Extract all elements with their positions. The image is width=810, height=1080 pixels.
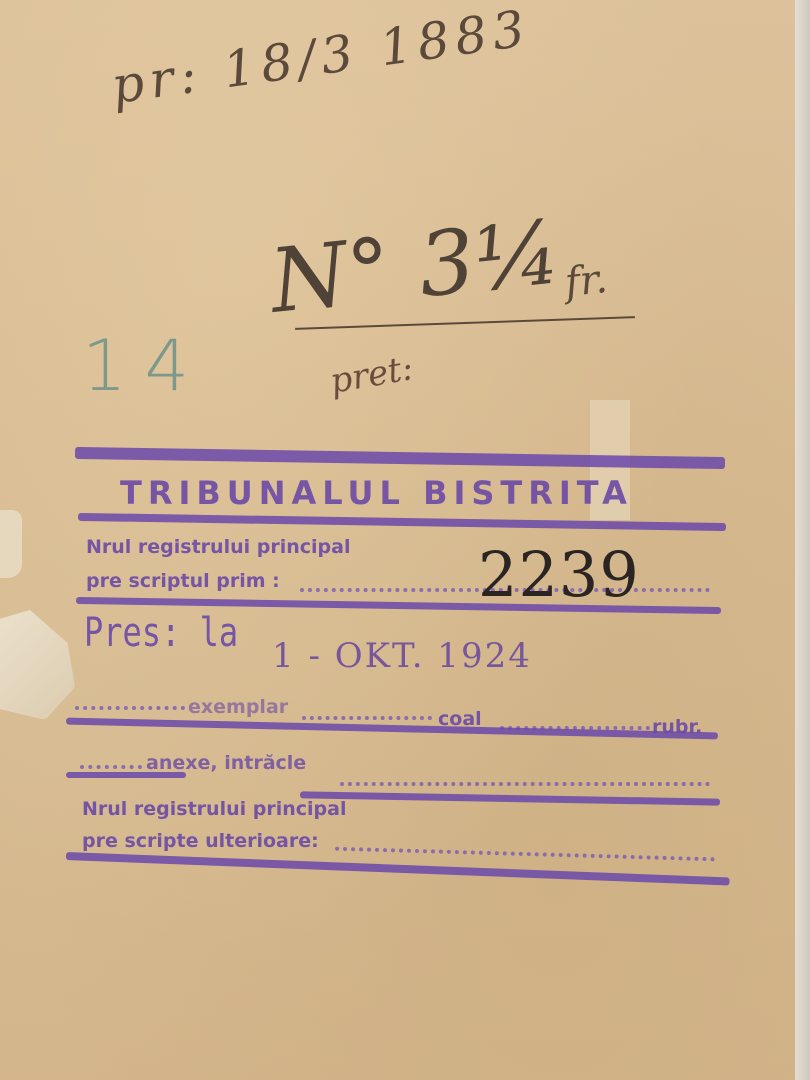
stamp-rule [78,513,726,531]
stamp-dotted-line [340,782,710,786]
stamp-court-name: TRIBUNALUL BISTRITA [120,474,633,512]
stamp-copies-label: exemplar [188,696,288,718]
stamp-rule [75,447,725,469]
register-number: 2239 [478,538,640,611]
court-stamp: TRIBUNALUL BISTRITA Nrul registrului pri… [0,0,810,1080]
stamp-dotted-line [75,706,185,710]
stamp-annexes-label: anexe, intrăcle [146,752,306,774]
stamp-rule [300,791,720,805]
stamp-presented-label: Pres: la [84,610,238,656]
stamp-register-label-2: pre scriptul prim : [86,570,280,592]
stamp-dotted-line [80,765,142,769]
stamp-later-register-label-2: pre scripte ulterioare: [82,830,319,852]
stamp-later-register-label-1: Nrul registrului principal [82,798,346,820]
stamp-rule [66,772,186,778]
stamp-register-label-1: Nrul registrului principal [86,536,350,558]
stamp-dotted-line [335,847,715,862]
stamp-dotted-line [302,716,432,720]
stamp-presented-date: 1 - OKT. 1924 [272,636,532,676]
